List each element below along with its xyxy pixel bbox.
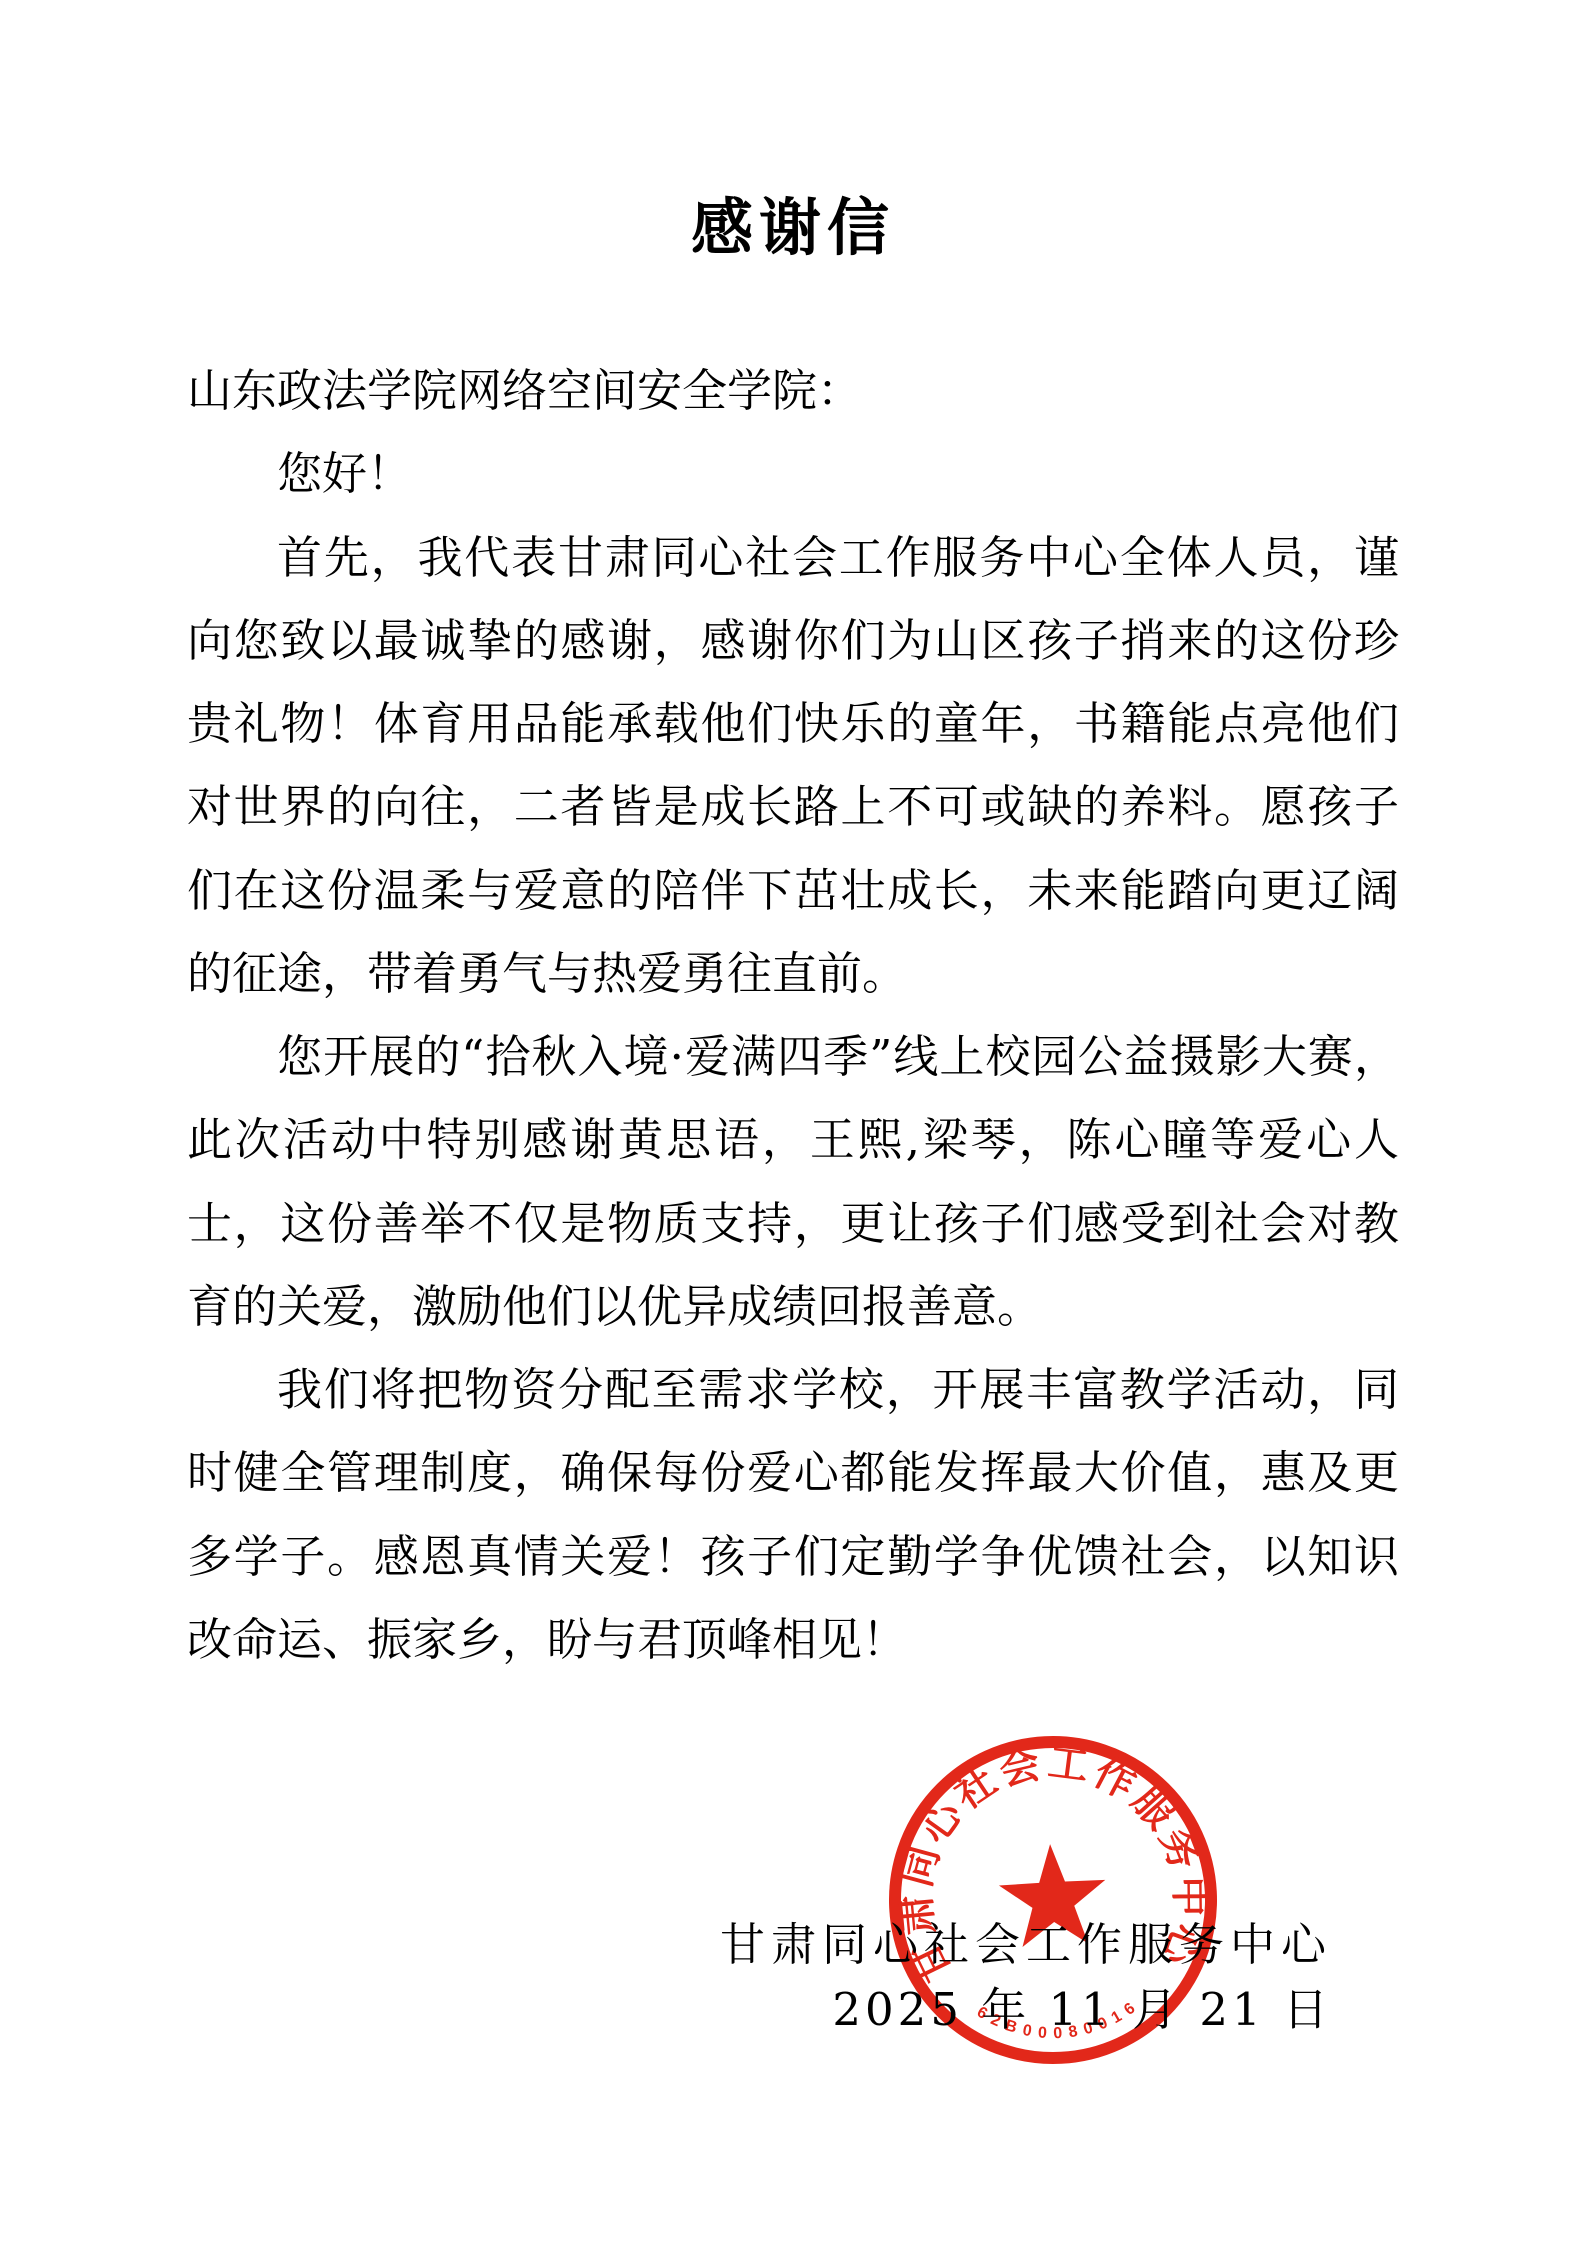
greeting-line: 您好！ — [187, 432, 1399, 515]
letter-paragraph: 我们将把物资分配至需求学校，开展丰富教学活动，同时健全管理制度，确保每份爱心都能… — [187, 1348, 1399, 1681]
seal-star-icon — [997, 1841, 1109, 1948]
letter-title: 感谢信 — [0, 178, 1586, 267]
letter-document: 感谢信 山东政法学院网络空间安全学院： 您好！ 首先，我代表甘肃同心社会工作服务… — [0, 0, 1586, 2245]
official-seal: 甘肃同心社会工作服务中心 62B00080016 — [877, 1724, 1228, 2075]
letter-paragraph: 首先，我代表甘肃同心社会工作服务中心全体人员，谨向您致以最诚挚的感谢，感谢你们为… — [187, 516, 1399, 1016]
letter-body: 山东政法学院网络空间安全学院： 您好！ 首先，我代表甘肃同心社会工作服务中心全体… — [187, 349, 1399, 1681]
recipient-line: 山东政法学院网络空间安全学院： — [187, 349, 1399, 432]
letter-paragraph: 您开展的“拾秋入境·爱满四季”线上校园公益摄影大赛，此次活动中特别感谢黄思语，王… — [187, 1015, 1399, 1348]
